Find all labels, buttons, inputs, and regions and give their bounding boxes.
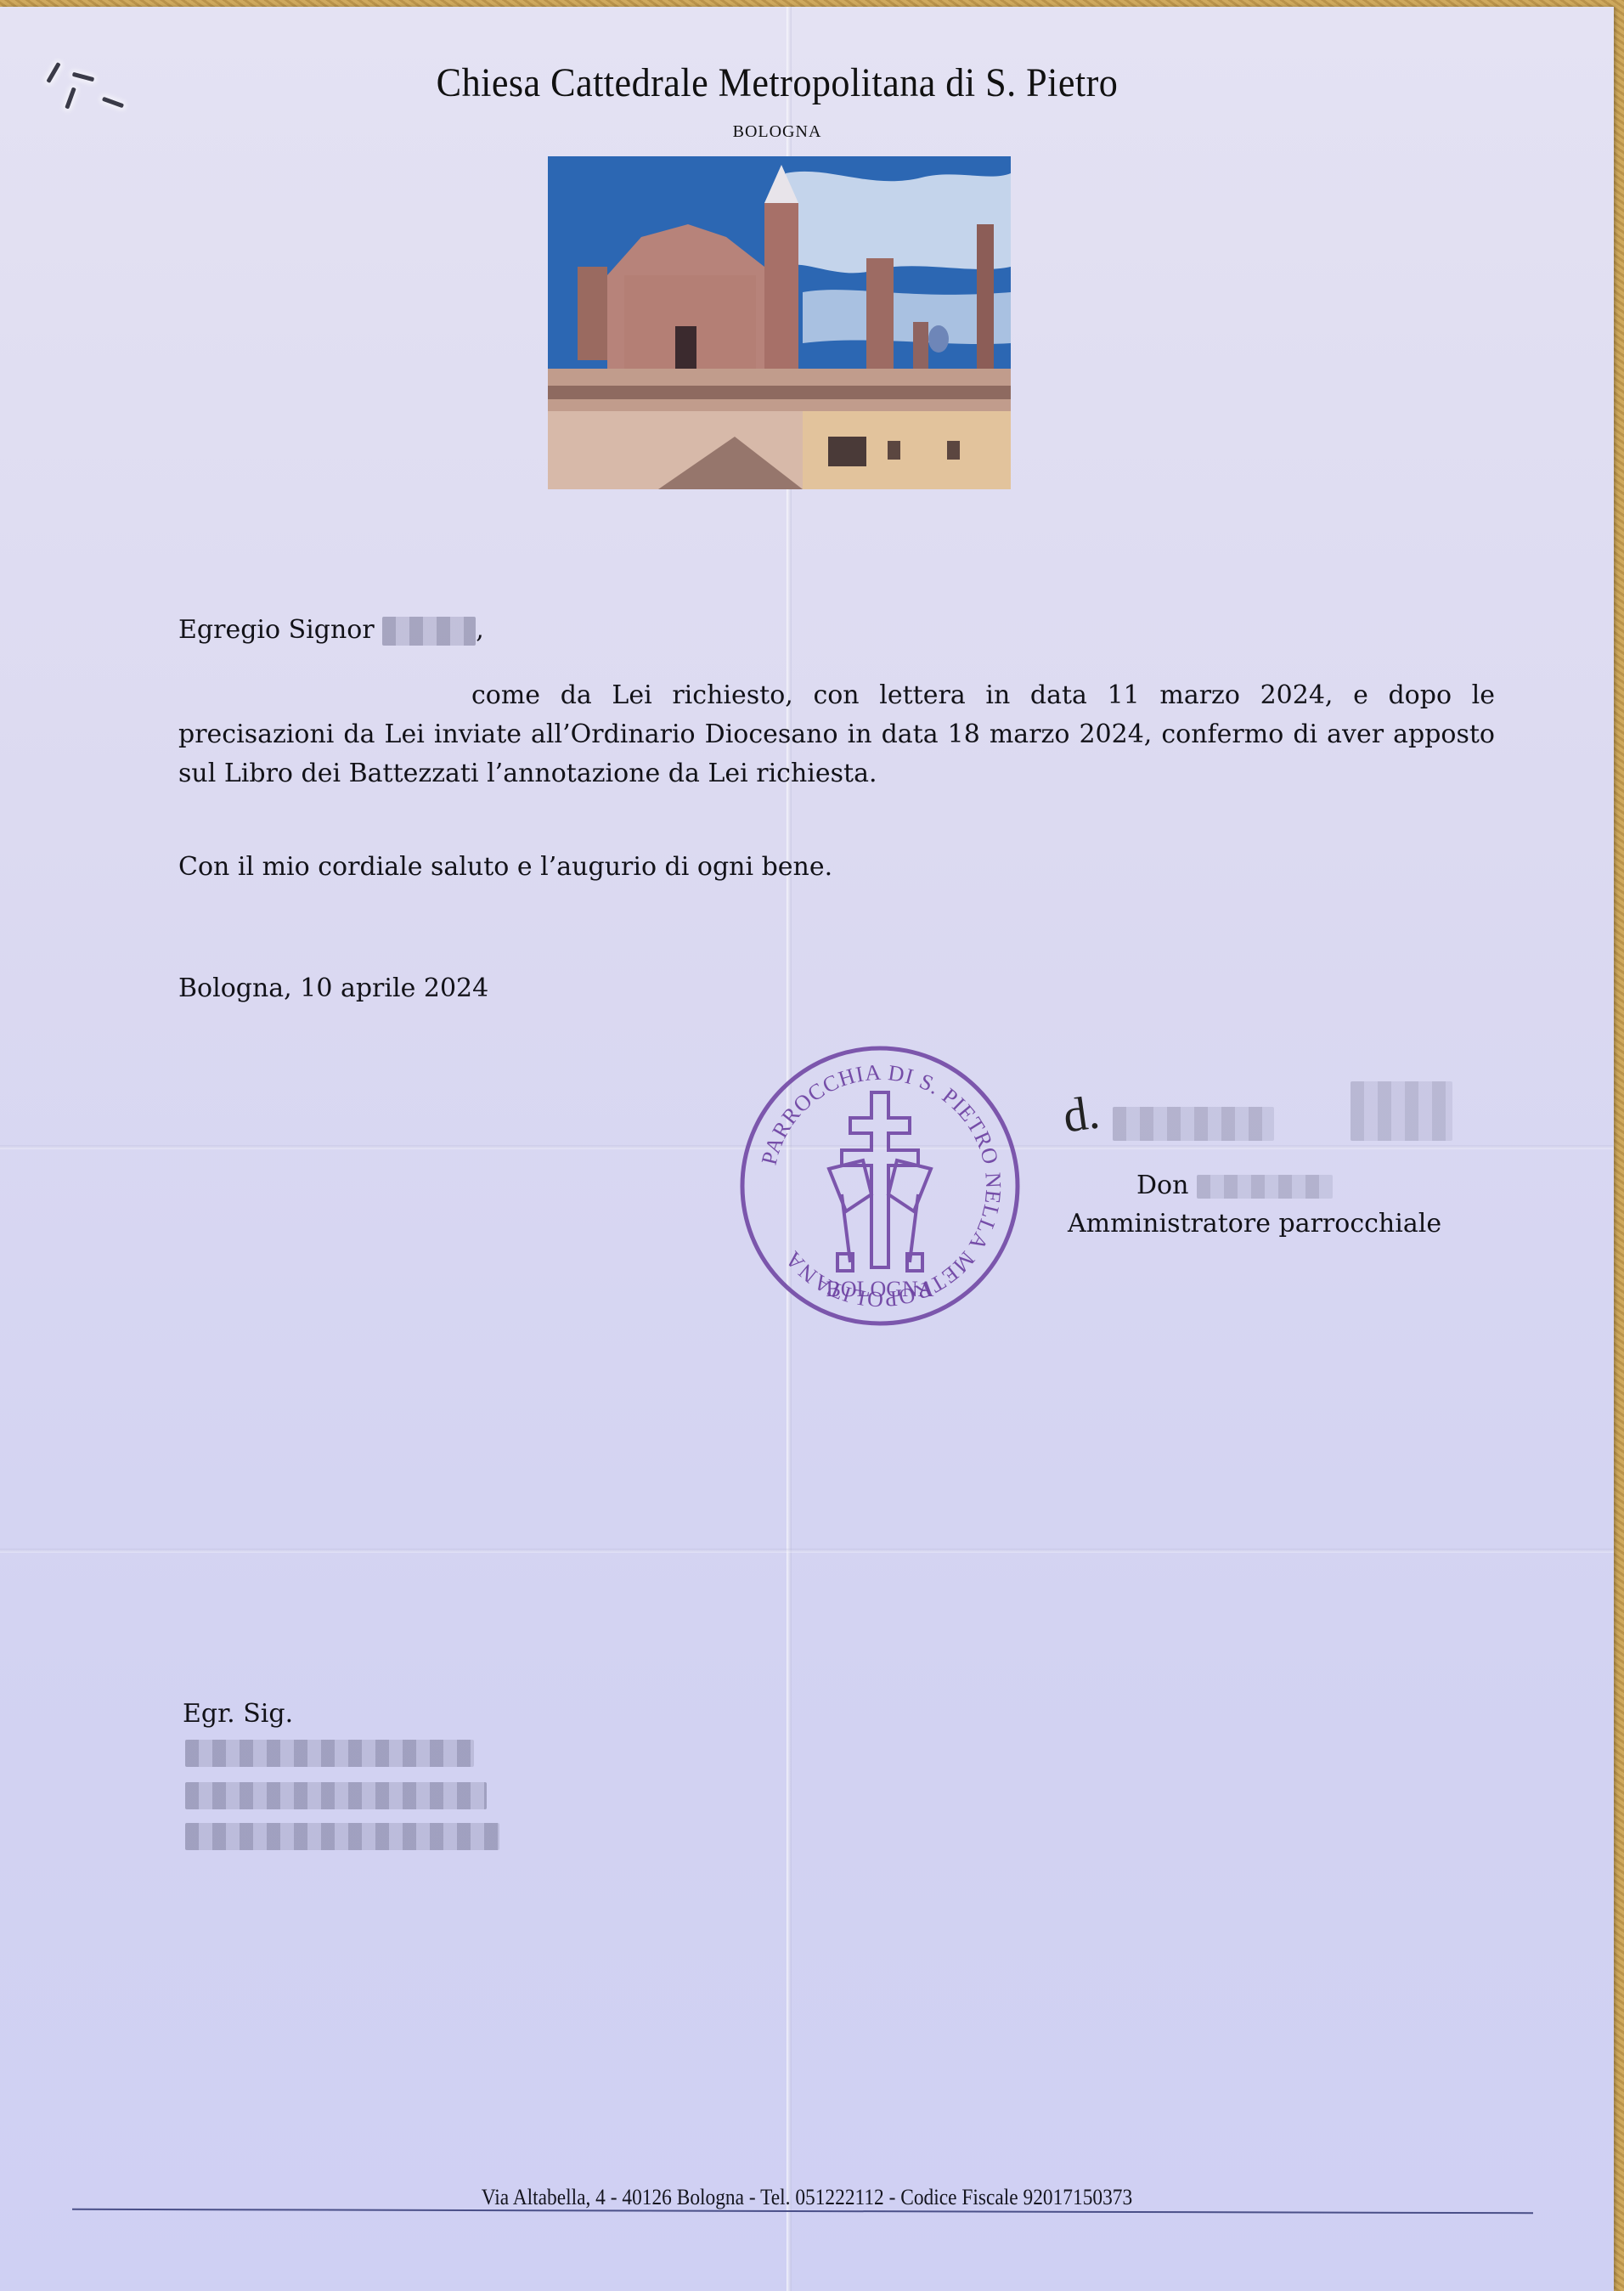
stamp-ring-text: PARROCCHIA DI S. PIETRO NELLA METROPOLIT… bbox=[757, 1060, 1007, 1312]
closing-line: Con il mio cordiale saluto e l’augurio d… bbox=[178, 852, 832, 882]
stamp-bottom-text: BOLOGNA bbox=[826, 1277, 933, 1301]
letterhead-city: BOLOGNA bbox=[0, 122, 1554, 142]
redacted-recipient-address bbox=[185, 1782, 487, 1809]
place-and-date: Bologna, 10 aprile 2024 bbox=[178, 973, 488, 1003]
redacted-signature bbox=[1113, 1081, 1503, 1149]
fold-crease-horizontal bbox=[0, 1549, 1614, 1553]
parish-stamp: PARROCCHIA DI S. PIETRO NELLA METROPOLIT… bbox=[736, 1041, 1024, 1330]
salutation-comma: , bbox=[476, 615, 484, 645]
signatory-name: Don bbox=[1136, 1171, 1333, 1200]
cathedral-photo bbox=[548, 156, 1011, 489]
signatory-prefix: Don bbox=[1136, 1171, 1188, 1200]
recipient-label: Egr. Sig. bbox=[183, 1699, 293, 1729]
letter-page: Chiesa Cattedrale Metropolitana di S. Pi… bbox=[0, 7, 1614, 2291]
salutation: Egregio Signor , bbox=[178, 615, 484, 646]
redacted-signatory-name bbox=[1197, 1175, 1333, 1199]
signature-initial: d. bbox=[1060, 1085, 1102, 1143]
svg-text:PARROCCHIA DI S. PIETRO NELLA: PARROCCHIA DI S. PIETRO NELLA METROPOLIT… bbox=[757, 1060, 1007, 1312]
letterhead-title: Chiesa Cattedrale Metropolitana di S. Pi… bbox=[62, 59, 1492, 106]
salutation-text: Egregio Signor bbox=[178, 615, 375, 645]
signatory-role: Amministratore parrocchiale bbox=[1068, 1209, 1441, 1239]
letter-body-text: come da Lei richiesto, con lettera in da… bbox=[178, 680, 1495, 788]
cross-and-keys-icon bbox=[829, 1092, 931, 1271]
redacted-recipient-name bbox=[382, 617, 476, 646]
footer-address: Via Altabella, 4 - 40126 Bologna - Tel. … bbox=[81, 2185, 1533, 2210]
redacted-recipient-address bbox=[185, 1823, 499, 1850]
redacted-recipient-address bbox=[185, 1740, 474, 1767]
letter-body: come da Lei richiesto, con lettera in da… bbox=[178, 676, 1495, 793]
